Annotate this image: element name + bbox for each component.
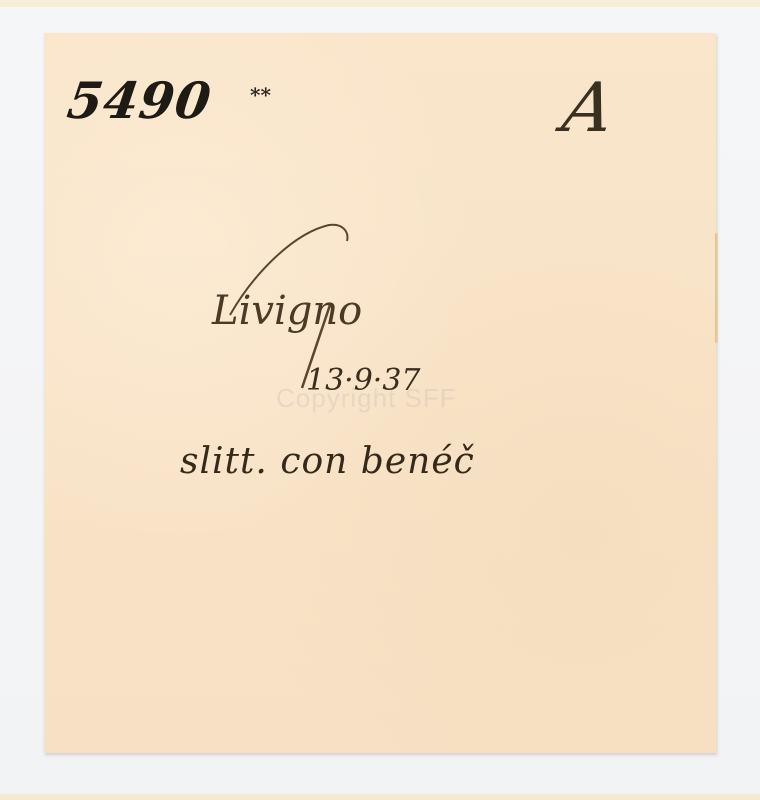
catalog-number: 5490 — [64, 71, 215, 130]
corner-letter: A — [557, 69, 620, 148]
bottom-border-strip — [0, 794, 760, 800]
top-border-strip — [0, 0, 760, 7]
collector-note: slitt. con benéč — [180, 441, 475, 482]
paper-edge-mark — [715, 233, 718, 343]
catalog-suffix: ** — [250, 83, 271, 107]
copyright-watermark: Copyright SFF — [276, 383, 457, 414]
locality-text: Livigno — [212, 288, 362, 334]
specimen-label-card: 5490 ** A Livigno 13·9·37 slitt. con ben… — [44, 33, 716, 753]
